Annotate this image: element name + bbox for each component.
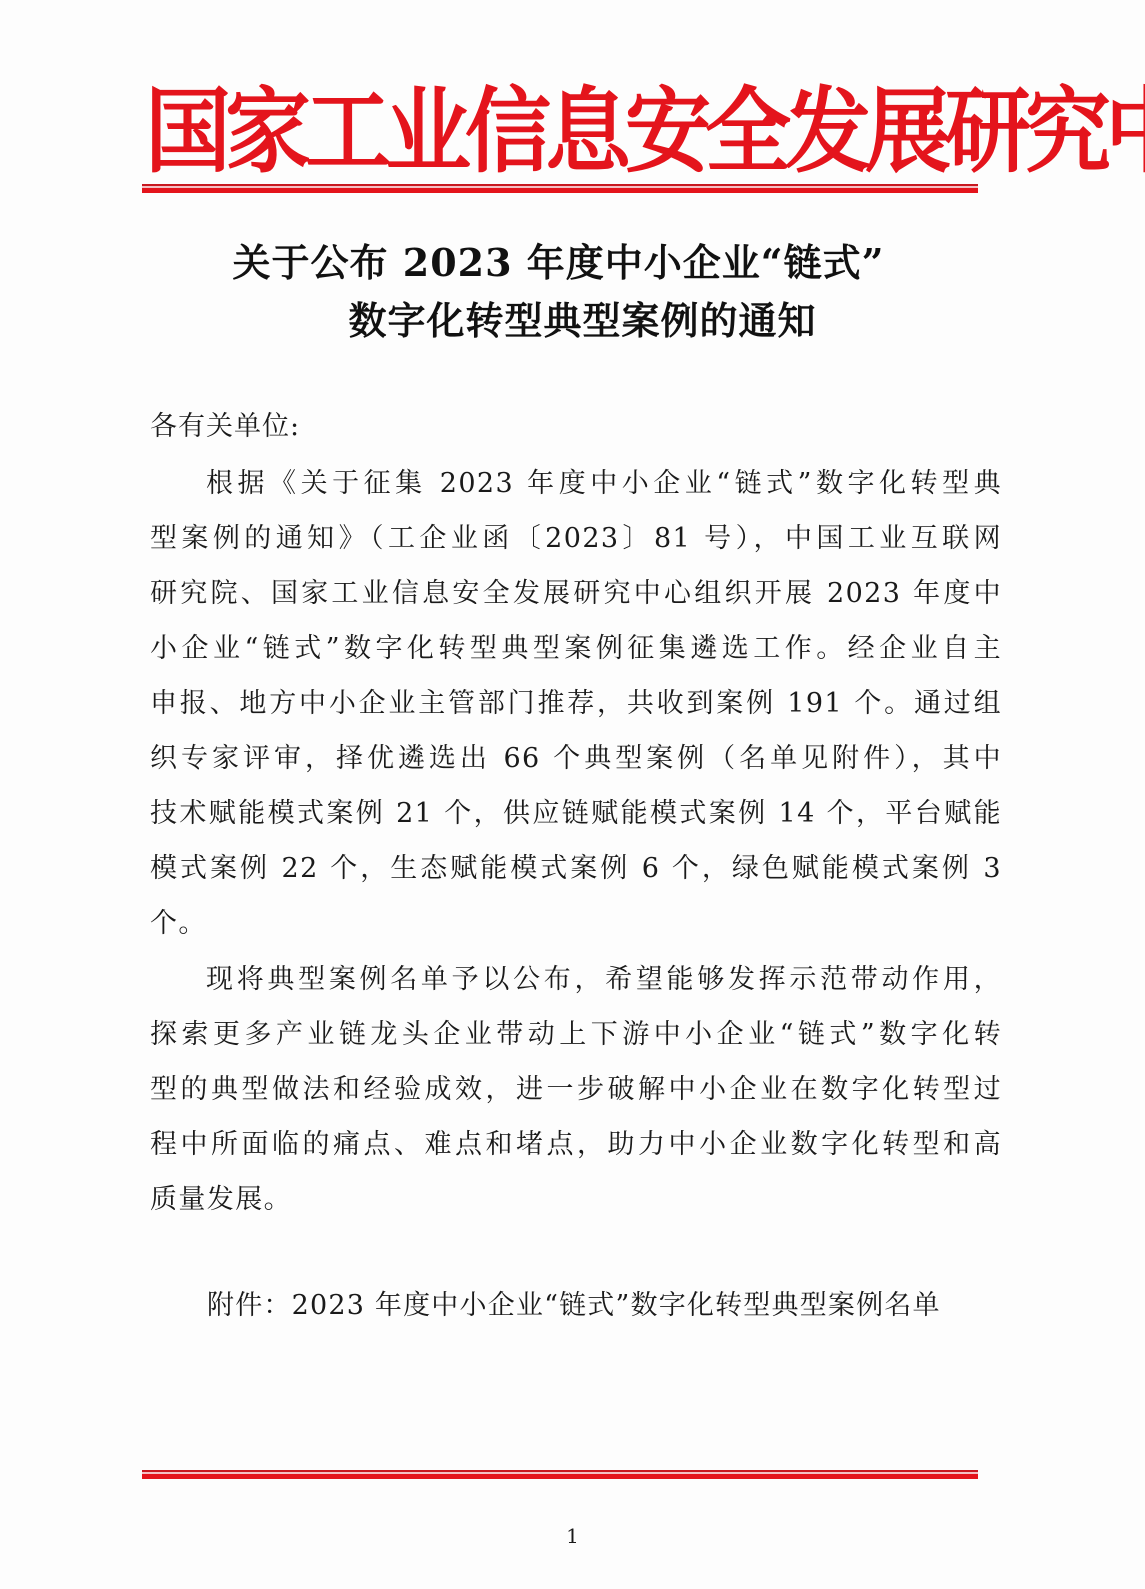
paragraph-line: 技术赋能模式案例 21 个，供应链赋能模式案例 14 个，平台赋能 <box>150 786 1002 841</box>
document-page: 国家工业信息安全发展研究中心 关于公布 2023 年度中小企业“链式” 数字化转… <box>0 0 1145 1589</box>
paragraph-line: 个。 <box>150 896 1002 951</box>
divider-thick-line <box>142 1474 978 1479</box>
salutation: 各有关单位: <box>150 404 300 443</box>
document-title-line-1: 关于公布 2023 年度中小企业“链式” <box>0 232 1131 287</box>
paragraph-line: 小企业“链式”数字化转型典型案例征集遴选工作。经企业自主 <box>150 621 1002 676</box>
divider-thick-line <box>142 188 978 193</box>
paragraph-line: 程中所面临的痛点、难点和堵点，助力中小企业数字化转型和高 <box>150 1117 1002 1172</box>
body-paragraph-2: 现将典型案例名单予以公布，希望能够发挥示范带动作用， 探索更多产业链龙头企业带动… <box>150 952 1002 1227</box>
paragraph-line: 质量发展。 <box>150 1172 1002 1227</box>
paragraph-line: 现将典型案例名单予以公布，希望能够发挥示范带动作用， <box>150 952 1002 1007</box>
page-number: 1 <box>0 1524 1145 1548</box>
paragraph-line: 型的典型做法和经验成效，进一步破解中小企业在数字化转型过 <box>150 1062 1002 1117</box>
document-title-line-2: 数字化转型典型案例的通知 <box>10 290 1145 345</box>
paragraph-line: 根据《关于征集 2023 年度中小企业“链式”数字化转型典 <box>150 456 1002 511</box>
attachment-reference: 附件：2023 年度中小企业“链式”数字化转型典型案例名单 <box>207 1283 941 1322</box>
paragraph-line: 模式案例 22 个，生态赋能模式案例 6 个，绿色赋能模式案例 3 <box>150 841 1002 896</box>
paragraph-line: 申报、地方中小企业主管部门推荐，共收到案例 191 个。通过组 <box>150 676 1002 731</box>
paragraph-line: 研究院、国家工业信息安全发展研究中心组织开展 2023 年度中 <box>150 566 1002 621</box>
body-paragraph-1: 根据《关于征集 2023 年度中小企业“链式”数字化转型典 型案例的通知》（工企… <box>150 456 1002 951</box>
paragraph-line: 型案例的通知》（工企业函〔2023〕81 号），中国工业互联网 <box>150 511 1002 566</box>
paragraph-line: 织专家评审，择优遴选出 66 个典型案例（名单见附件），其中 <box>150 731 1002 786</box>
paragraph-line: 探索更多产业链龙头企业带动上下游中小企业“链式”数字化转 <box>150 1007 1002 1062</box>
masthead-organization-name: 国家工业信息安全发展研究中心 <box>145 78 985 186</box>
